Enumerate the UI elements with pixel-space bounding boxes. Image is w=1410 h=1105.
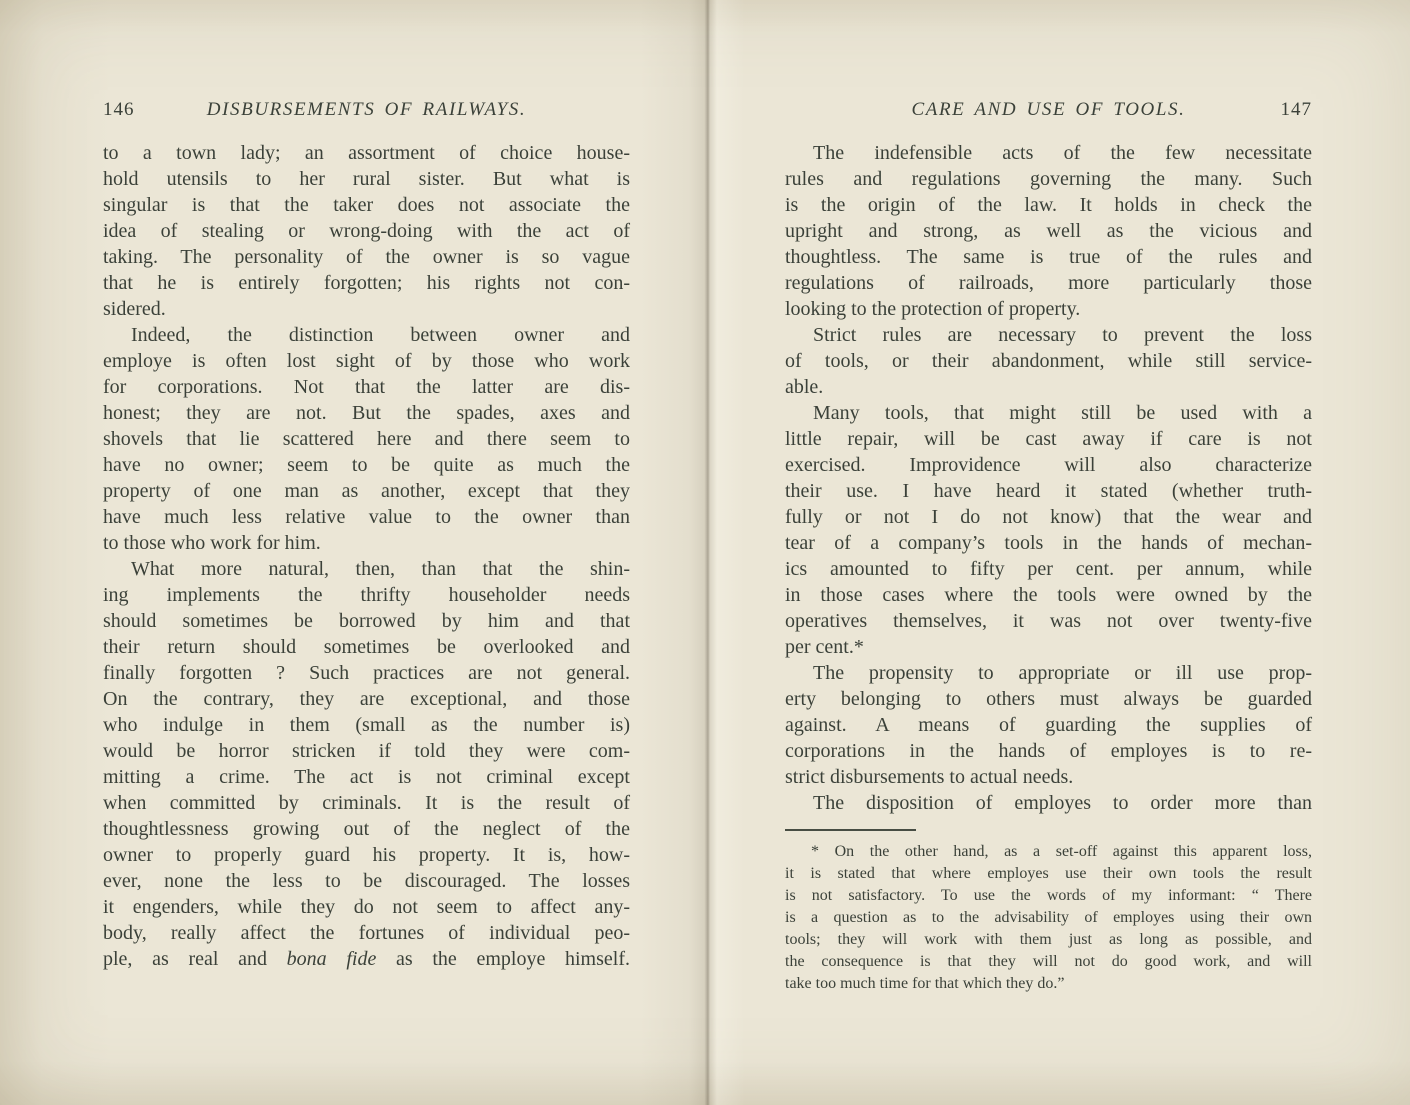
text-line: corporations in the hands of employes is… xyxy=(785,738,1312,764)
text-line: looking to the protection of property. xyxy=(785,296,1312,322)
text-line: thoughtless. The same is true of the rul… xyxy=(785,244,1312,270)
text-line: the consequence is that they will not do… xyxy=(785,951,1312,973)
text-line: is the origin of the law. It holds in ch… xyxy=(785,192,1312,218)
right-body-text: The indefensible acts of the few necessi… xyxy=(785,140,1312,816)
text-run: as the employe himself. xyxy=(376,948,630,970)
right-running-head: CARE AND USE OF TOOLS. 147 xyxy=(785,98,1312,122)
text-line: operatives themselves, it was not over t… xyxy=(785,608,1312,634)
text-line: The propensity to appropriate or ill use… xyxy=(785,660,1312,686)
text-line: On the contrary, they are exceptional, a… xyxy=(103,686,630,712)
italic-text-run: bona fide xyxy=(287,948,377,970)
text-line: it is stated that where employes use the… xyxy=(785,863,1312,885)
text-line: erty belonging to others must always be … xyxy=(785,686,1312,712)
text-line: that he is entirely forgotten; his right… xyxy=(103,270,630,296)
text-line: ing implements the thrifty householder n… xyxy=(103,582,630,608)
text-line: thoughtlessness growing out of the negle… xyxy=(103,816,630,842)
text-line: The indefensible acts of the few necessi… xyxy=(785,140,1312,166)
paragraph: Indeed, the distinction between owner an… xyxy=(103,322,630,556)
text-line: owner to properly guard his property. It… xyxy=(103,842,630,868)
footnote: * On the other hand, as a set-off agains… xyxy=(785,841,1312,995)
text-line: upright and strong, as well as the vicio… xyxy=(785,218,1312,244)
paragraph: The indefensible acts of the few necessi… xyxy=(785,140,1312,322)
paragraph: The propensity to appropriate or ill use… xyxy=(785,660,1312,790)
text-line: their return should sometimes be overloo… xyxy=(103,634,630,660)
left-page: 146 DISBURSEMENTS OF RAILWAYS. to a town… xyxy=(103,0,630,1105)
text-line: body, really affect the fortunes of indi… xyxy=(103,920,630,946)
right-page-number: 147 xyxy=(1281,98,1313,122)
text-line: finally forgotten ? Such practices are n… xyxy=(103,660,630,686)
text-line: tools; they will work with them just as … xyxy=(785,929,1312,951)
text-line: sidered. xyxy=(103,296,630,322)
text-line: Strict rules are necessary to prevent th… xyxy=(785,322,1312,348)
footnote-rule xyxy=(785,829,916,831)
text-line: little repair, will be cast away if care… xyxy=(785,426,1312,452)
text-line: honest; they are not. But the spades, ax… xyxy=(103,400,630,426)
footnote-paragraph: * On the other hand, as a set-off agains… xyxy=(785,841,1312,995)
text-line: per cent.* xyxy=(785,634,1312,660)
text-line: able. xyxy=(785,374,1312,400)
paragraph: to a town lady; an assortment of choice … xyxy=(103,140,630,322)
paragraph: Many tools, that might still be used wit… xyxy=(785,400,1312,660)
text-line: against. A means of guarding the supplie… xyxy=(785,712,1312,738)
text-line: when committed by criminals. It is the r… xyxy=(103,790,630,816)
text-line: idea of stealing or wrong-doing with the… xyxy=(103,218,630,244)
left-running-head: 146 DISBURSEMENTS OF RAILWAYS. xyxy=(103,98,630,122)
text-line: is not satisfactory. To use the words of… xyxy=(785,885,1312,907)
text-line: What more natural, then, than that the s… xyxy=(103,556,630,582)
text-line: their use. I have heard it stated (wheth… xyxy=(785,478,1312,504)
text-line: singular is that the taker does not asso… xyxy=(103,192,630,218)
text-line: * On the other hand, as a set-off agains… xyxy=(785,841,1312,863)
text-line: shovels that lie scattered here and ther… xyxy=(103,426,630,452)
right-running-title: CARE AND USE OF TOOLS. xyxy=(785,98,1312,122)
text-line: Indeed, the distinction between owner an… xyxy=(103,322,630,348)
text-line: fully or not I do not know) that the wea… xyxy=(785,504,1312,530)
text-line: ics amounted to fifty per cent. per annu… xyxy=(785,556,1312,582)
text-line: strict disbursements to actual needs. xyxy=(785,764,1312,790)
text-line: ever, none the less to be discouraged. T… xyxy=(103,868,630,894)
paragraph-lines: What more natural, then, than that the s… xyxy=(103,556,630,946)
text-line: have no owner; seem to be quite as much … xyxy=(103,452,630,478)
book-gutter-crease xyxy=(640,0,780,1105)
text-line: have much less relative value to the own… xyxy=(103,504,630,530)
text-line: hold utensils to her rural sister. But w… xyxy=(103,166,630,192)
text-line: to a town lady; an assortment of choice … xyxy=(103,140,630,166)
left-body-text: to a town lady; an assortment of choice … xyxy=(103,140,630,972)
text-line: The disposition of employes to order mor… xyxy=(785,790,1312,816)
text-line: exercised. Improvidence will also charac… xyxy=(785,452,1312,478)
right-page: CARE AND USE OF TOOLS. 147 The indefensi… xyxy=(785,0,1312,1105)
text-line: regulations of railroads, more particula… xyxy=(785,270,1312,296)
text-line: ple, as real and bona fide as the employ… xyxy=(103,946,630,972)
text-line: property of one man as another, except t… xyxy=(103,478,630,504)
text-line: rules and regulations governing the many… xyxy=(785,166,1312,192)
left-running-title: DISBURSEMENTS OF RAILWAYS. xyxy=(103,98,630,122)
text-line: tear of a company’s tools in the hands o… xyxy=(785,530,1312,556)
text-line: mitting a crime. The act is not criminal… xyxy=(103,764,630,790)
book-spread: 146 DISBURSEMENTS OF RAILWAYS. to a town… xyxy=(0,0,1410,1105)
paragraph: What more natural, then, than that the s… xyxy=(103,556,630,972)
text-line: to those who work for him. xyxy=(103,530,630,556)
text-line: who indulge in them (small as the number… xyxy=(103,712,630,738)
text-run: ple, as real and xyxy=(103,948,287,970)
text-line: taking. The personality of the owner is … xyxy=(103,244,630,270)
paragraph: The disposition of employes to order mor… xyxy=(785,790,1312,816)
text-line: take too much time for that which they d… xyxy=(785,973,1312,995)
text-line: should sometimes be borrowed by him and … xyxy=(103,608,630,634)
text-line: employe is often lost sight of by those … xyxy=(103,348,630,374)
paragraph: Strict rules are necessary to prevent th… xyxy=(785,322,1312,400)
text-line: for corporations. Not that the latter ar… xyxy=(103,374,630,400)
text-line: of tools, or their abandonment, while st… xyxy=(785,348,1312,374)
left-page-number: 146 xyxy=(103,98,135,122)
text-line: would be horror stricken if told they we… xyxy=(103,738,630,764)
text-line: it engenders, while they do not seem to … xyxy=(103,894,630,920)
text-line: in those cases where the tools were owne… xyxy=(785,582,1312,608)
text-line: Many tools, that might still be used wit… xyxy=(785,400,1312,426)
text-line: is a question as to the advisability of … xyxy=(785,907,1312,929)
